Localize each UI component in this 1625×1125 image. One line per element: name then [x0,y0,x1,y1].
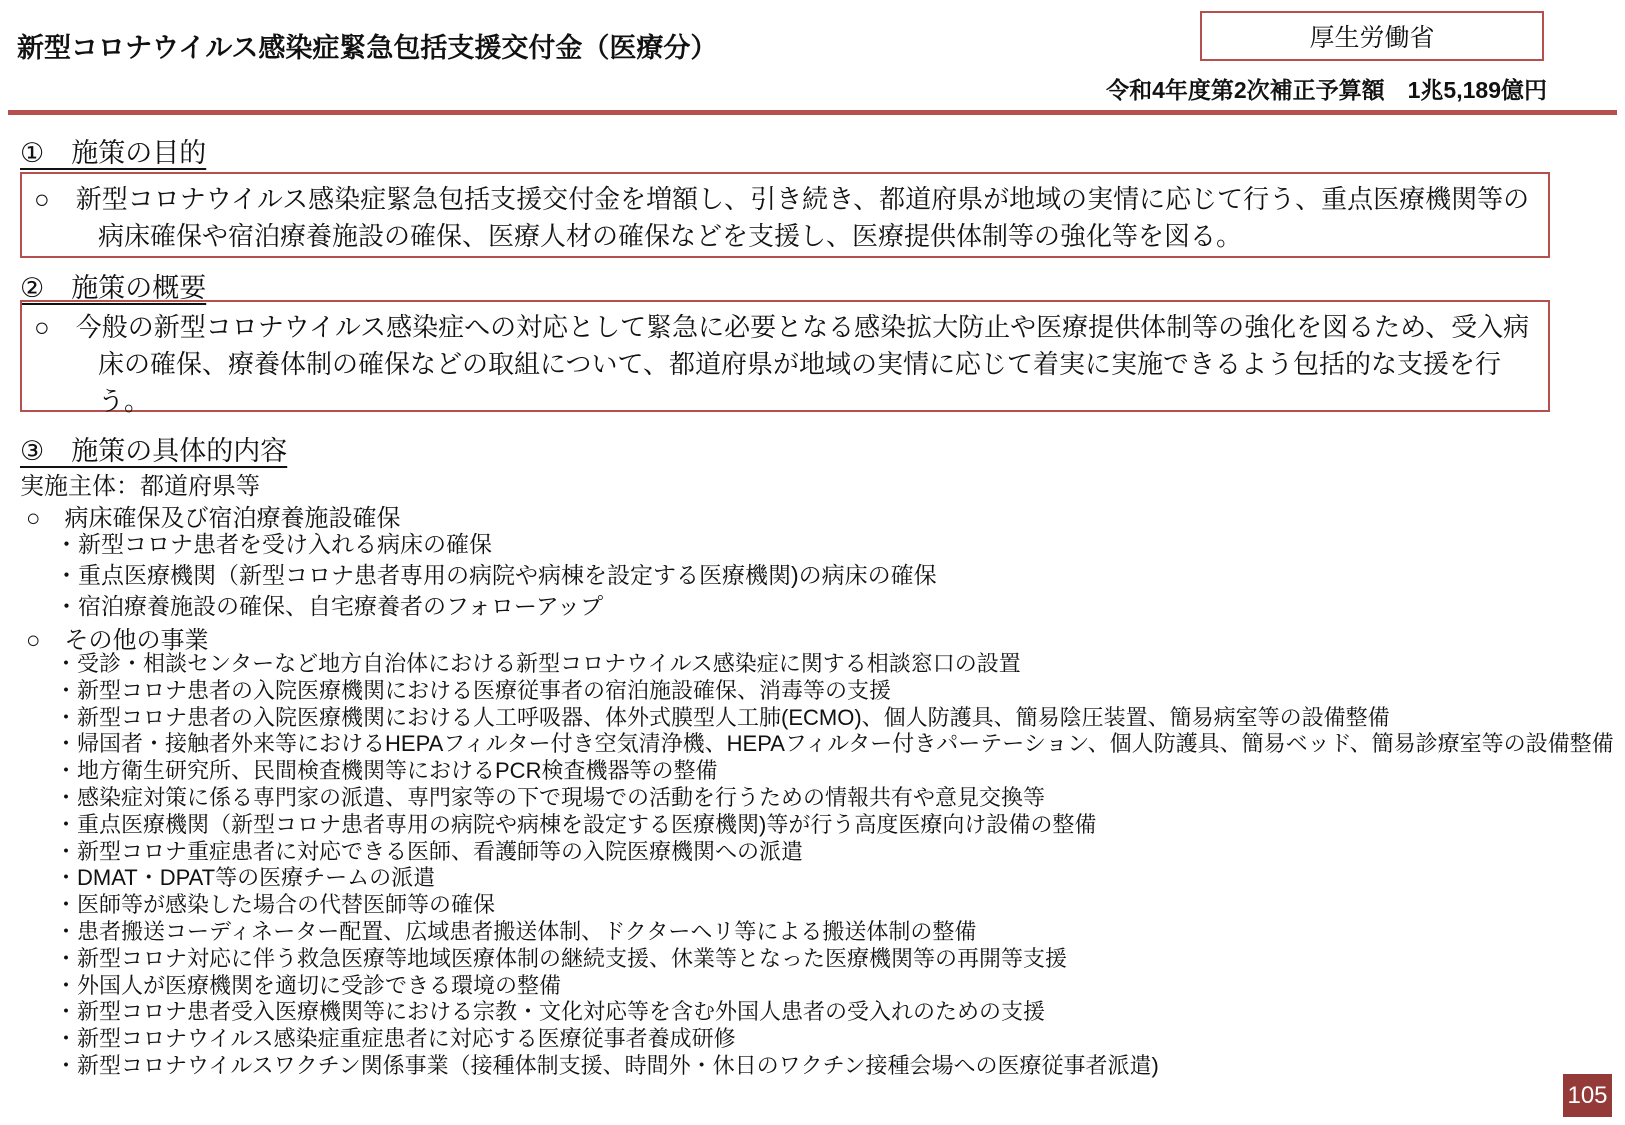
list-item: ・重点医療機関（新型コロナ患者専用の病院や病棟を設定する医療機関)等が行う高度医… [55,812,1614,839]
section2-box: ○ 今般の新型コロナウイルス感染症への対応として緊急に必要となる感染拡大防止や医… [20,300,1550,412]
page-number: 105 [1567,1082,1607,1110]
list-item: ・外国人が医療機関を適切に受診できる環境の整備 [55,973,1614,1000]
section2-body: ○ 今般の新型コロナウイルス感染症への対応として緊急に必要となる感染拡大防止や医… [34,309,1536,420]
list-item: ・感染症対策に係る専門家の派遣、専門家等の下で現場での活動を行うための情報共有や… [55,785,1614,812]
ministry-box: 厚生労働省 [1200,11,1544,61]
budget-label: 令和4年度第2次補正予算額 1兆5,189億円 [1106,72,1547,105]
list-item: ・帰国者・接触者外来等におけるHEPAフィルター付き空気清浄機、HEPAフィルタ… [55,731,1614,758]
list-item: ・新型コロナ患者を受け入れる病床の確保 [55,529,937,560]
section1-heading: ① 施策の目的 [20,131,206,170]
list-item: ・重点医療機関（新型コロナ患者専用の病院や病棟を設定する医療機関)の病床の確保 [55,560,937,591]
list-item: ・新型コロナ患者の入院医療機関における人工呼吸器、体外式膜型人工肺(ECMO)、… [55,705,1614,732]
list-item: ・新型コロナウイルス感染症重症患者に対応する医療従事者養成研修 [55,1026,1614,1053]
list-item: ・患者搬送コーディネーター配置、広域患者搬送体制、ドクターヘリ等による搬送体制の… [55,919,1614,946]
implementer-label: 実施主体：都道府県等 [20,466,260,501]
other-projects-list: ・受診・相談センターなど地方自治体における新型コロナウイルス感染症に関する相談窓… [55,651,1614,1080]
list-item: ・新型コロナ患者の入院医療機関における医療従事者の宿泊施設確保、消毒等の支援 [55,678,1614,705]
page-number-badge: 105 [1563,1074,1612,1117]
list-item: ・新型コロナ対応に伴う救急医療等地域医療体制の継続支援、休業等となった医療機関等… [55,946,1614,973]
section1-box: ○ 新型コロナウイルス感染症緊急包括支援交付金を増額し、引き続き、都道府県が地域… [20,172,1550,258]
list-item: ・新型コロナ重症患者に対応できる医師、看護師等の入院医療機関への派遣 [55,839,1614,866]
list-item: ・医師等が感染した場合の代替医師等の確保 [55,892,1614,919]
list-item: ・地方衛生研究所、民間検査機関等におけるPCR検査機器等の整備 [55,758,1614,785]
list-item: ・新型コロナ患者受入医療機関等における宗教・文化対応等を含む外国人患者の受入れの… [55,999,1614,1026]
beds-list: ・新型コロナ患者を受け入れる病床の確保 ・重点医療機関（新型コロナ患者専用の病院… [55,529,937,622]
title-rule [8,110,1617,115]
list-item: ・受診・相談センターなど地方自治体における新型コロナウイルス感染症に関する相談窓… [55,651,1614,678]
list-item: ・新型コロナウイルスワクチン関係事業（接種体制支援、時間外・休日のワクチン接種会… [55,1053,1614,1080]
ministry-label: 厚生労働省 [1309,18,1434,54]
section1-body: ○ 新型コロナウイルス感染症緊急包括支援交付金を増額し、引き続き、都道府県が地域… [34,181,1536,255]
list-item: ・DMAT・DPAT等の医療チームの派遣 [55,865,1614,892]
group-title-other: ○ その他の事業 [26,620,209,655]
list-item: ・宿泊療養施設の確保、自宅療養者のフォローアップ [55,591,937,622]
document-page: 新型コロナウイルス感染症緊急包括支援交付金（医療分） 厚生労働省 令和4年度第2… [0,0,1625,1125]
page-title: 新型コロナウイルス感染症緊急包括支援交付金（医療分） [17,26,717,65]
group-title-beds: ○ 病床確保及び宿泊療養施設確保 [26,498,401,533]
section3-heading: ③ 施策の具体的内容 [20,429,287,468]
